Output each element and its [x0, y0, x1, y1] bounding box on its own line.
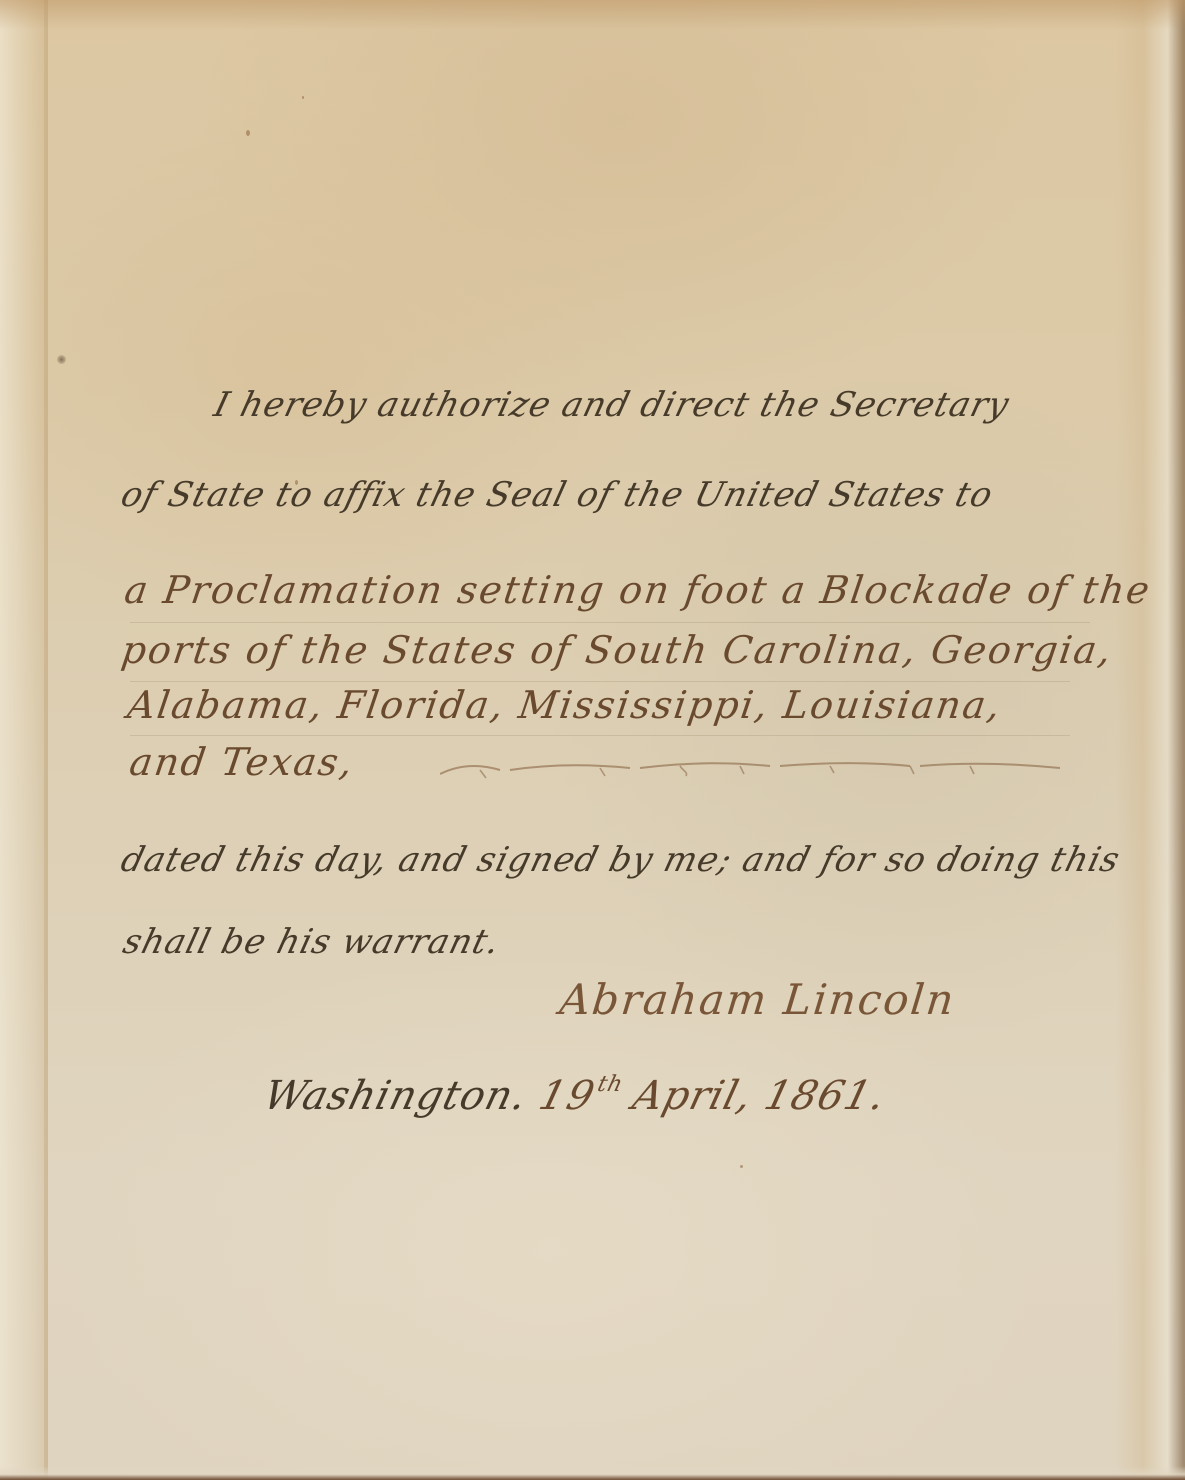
paper-bottom-edge [0, 1466, 1185, 1480]
ruled-line [130, 735, 1070, 736]
engraved-line-2: of State to affix the Seal of the United… [117, 475, 997, 515]
foxing-spot [302, 96, 304, 99]
handwritten-line-2: ports of the States of South Carolina, G… [119, 628, 1116, 672]
handwritten-line-3: Alabama, Florida, Mississippi, Louisiana… [125, 683, 1005, 727]
handwritten-line-1: a Proclamation setting on foot a Blockad… [122, 568, 1154, 612]
ruled-line [130, 681, 1070, 682]
paper-top-stain [0, 0, 1185, 30]
paper-right-edge [1115, 0, 1185, 1480]
place: Washington. [259, 1073, 532, 1119]
pin-hole [57, 355, 66, 364]
ruled-line [130, 622, 1090, 623]
date-month-year: April, 1861. [628, 1073, 891, 1119]
engraved-closing-line-1: dated this day, and signed by me; and fo… [117, 840, 1124, 880]
date-day: 19 [534, 1073, 600, 1119]
date-day-suffix: th [595, 1072, 626, 1097]
engraved-line-1: I hereby authorize and direct the Secret… [210, 385, 1014, 425]
place-date: Washington. 19th April, 1861. [259, 1072, 891, 1119]
signature: Abraham Lincoln [557, 975, 957, 1024]
foxing-spot [740, 1165, 743, 1168]
line-filler-flourish [440, 756, 1060, 786]
paper-fold-line [44, 0, 48, 1480]
foxing-spot [246, 130, 250, 136]
engraved-closing-line-2: shall be his warrant. [119, 922, 504, 962]
paper-left-edge [0, 0, 48, 1480]
handwritten-line-4: and Texas, [127, 740, 357, 784]
